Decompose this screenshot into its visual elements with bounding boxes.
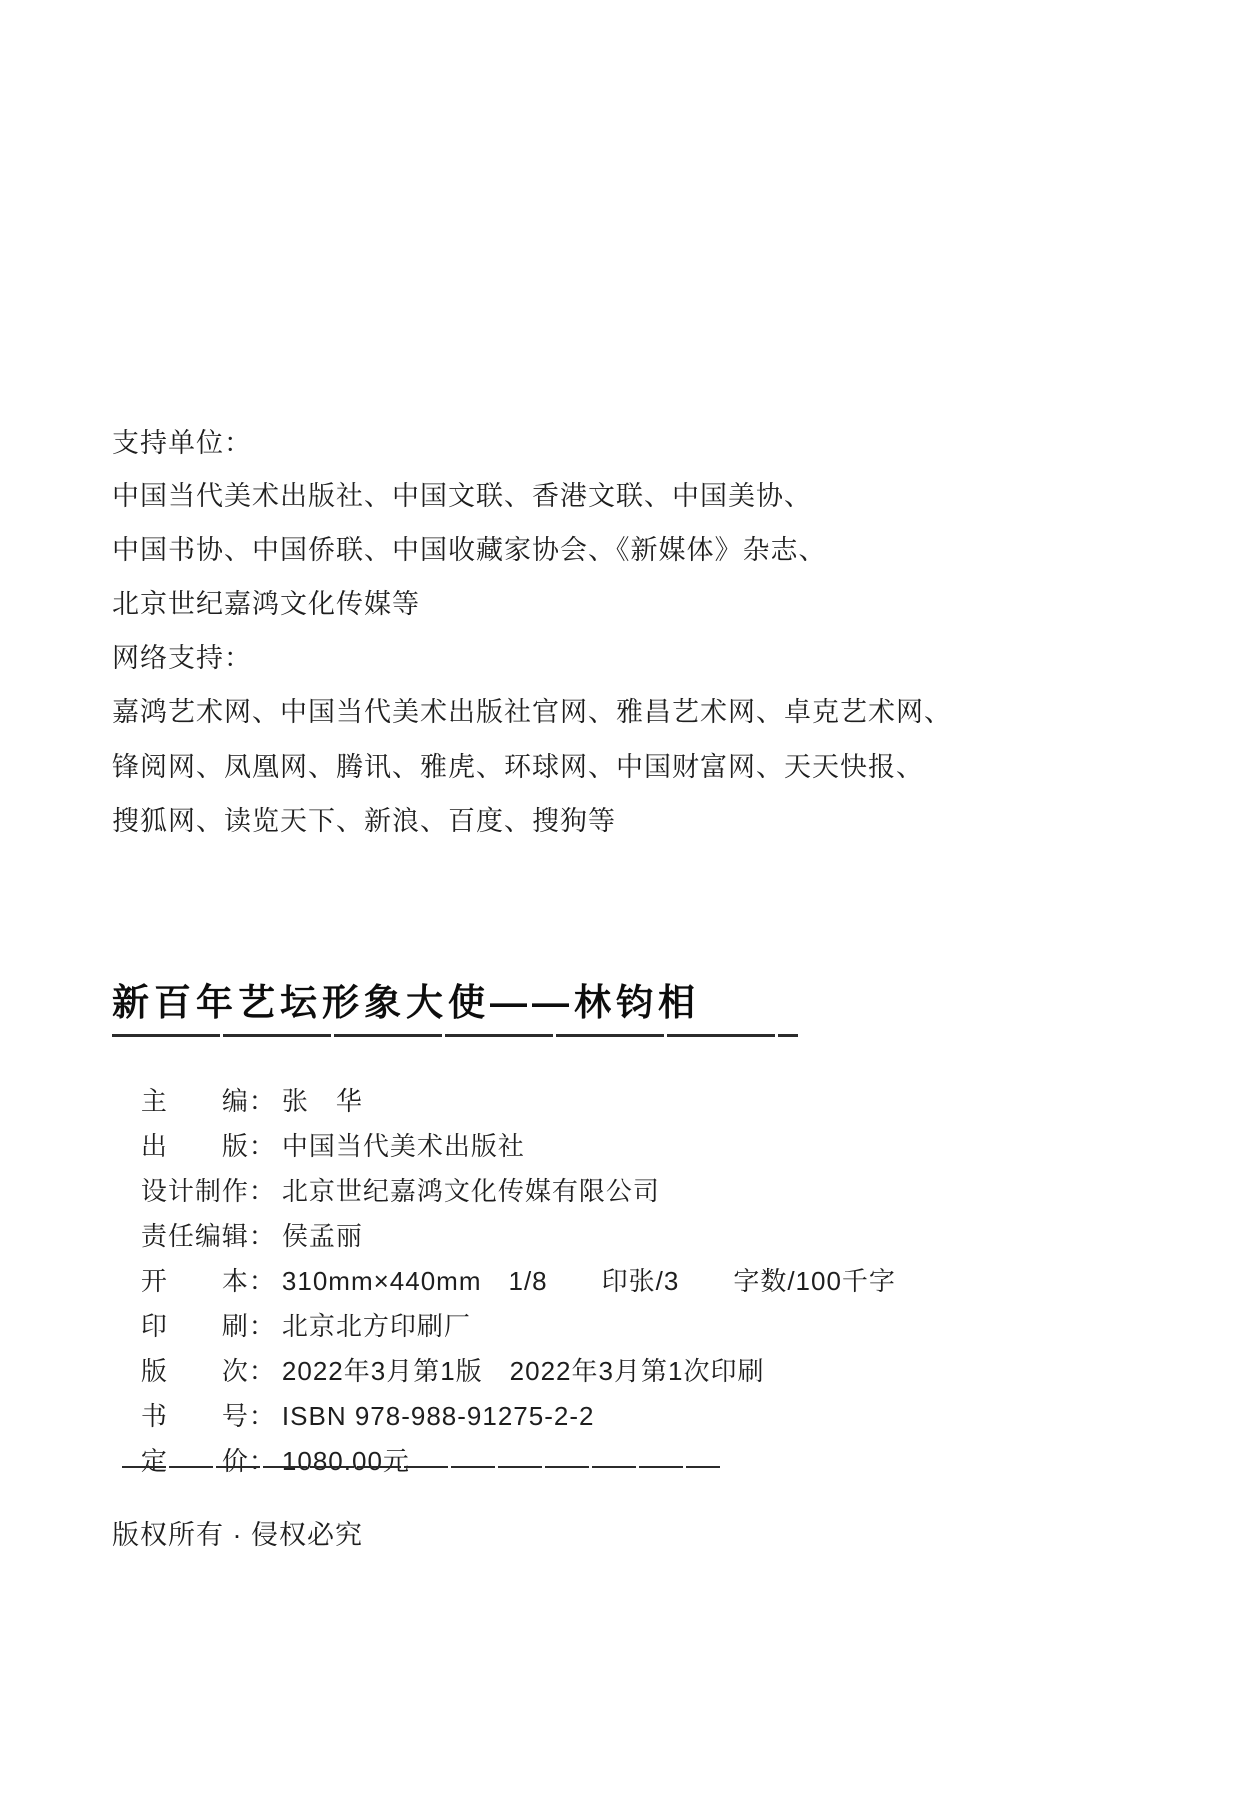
support-line: 中国当代美术出版社、中国文联、香港文联、中国美协、	[112, 483, 812, 510]
support-line: 北京世纪嘉鸿文化传媒等	[112, 591, 420, 618]
book-title: 新百年艺坛形象大使——林钧相	[112, 972, 700, 1026]
support-line: 中国书协、中国侨联、中国收藏家协会、《新媒体》杂志、	[112, 537, 827, 564]
colophon-row: 定 价：1080.00元	[112, 1422, 410, 1500]
support-heading: 支持单位：	[112, 430, 252, 457]
network-line: 搜狐网、读览天下、新浪、百度、搜狗等	[112, 808, 616, 835]
colophon-page: 支持单位： 中国当代美术出版社、中国文联、香港文联、中国美协、 中国书协、中国侨…	[0, 0, 1248, 1800]
title-underline	[112, 1034, 798, 1037]
network-heading: 网络支持：	[112, 645, 252, 672]
colophon-label: 定 价：	[141, 1446, 276, 1476]
colophon-value: 1080.00元	[282, 1446, 410, 1476]
separator-line	[122, 1466, 720, 1468]
copyright-notice: 版权所有 · 侵权必究	[112, 1513, 363, 1552]
network-line: 锋阅网、凤凰网、腾讯、雅虎、环球网、中国财富网、天天快报、	[112, 754, 924, 781]
network-line: 嘉鸿艺术网、中国当代美术出版社官网、雅昌艺术网、卓克艺术网、	[112, 699, 952, 726]
